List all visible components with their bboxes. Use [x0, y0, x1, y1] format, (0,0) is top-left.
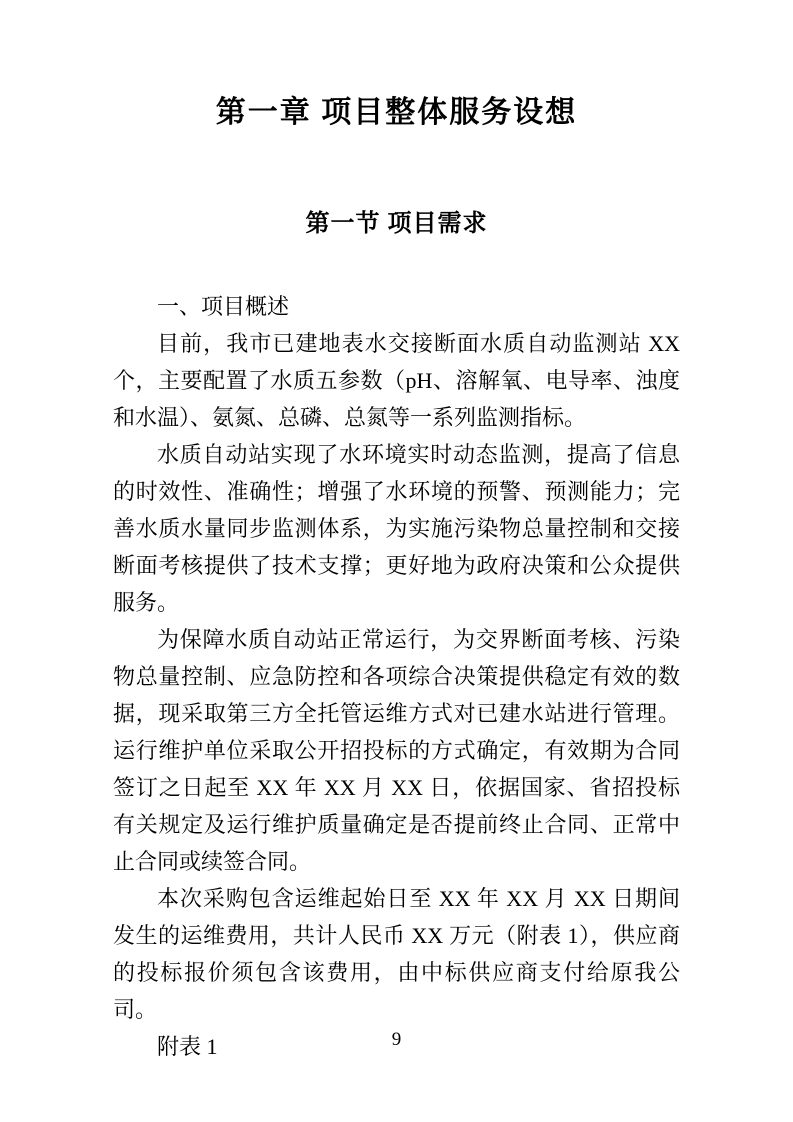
paragraph-overview-2: 水质自动站实现了水环境实时动态监测，提高了信息的时效性、准确性；增强了水环境的预…	[113, 436, 680, 621]
paragraph-overview-1: 目前，我市已建地表水交接断面水质自动监测站 XX 个，主要配置了水质五参数（pH…	[113, 325, 680, 436]
paragraph-overview-heading: 一、项目概述	[113, 288, 680, 325]
paragraph-overview-4: 本次采购包含运维起始日至 XX 年 XX 月 XX 日期间发生的运维费用，共计人…	[113, 880, 680, 1028]
document-page: 第一章 项目整体服务设想 第一节 项目需求 一、项目概述 目前，我市已建地表水交…	[0, 0, 793, 1122]
page-number: 9	[0, 1028, 793, 1052]
document-body: 一、项目概述 目前，我市已建地表水交接断面水质自动监测站 XX 个，主要配置了水…	[113, 288, 680, 1065]
section-title: 第一节 项目需求	[0, 206, 793, 242]
chapter-title: 第一章 项目整体服务设想	[0, 91, 793, 135]
paragraph-overview-3: 为保障水质自动站正常运行，为交界断面考核、污染物总量控制、应急防控和各项综合决策…	[113, 621, 680, 880]
